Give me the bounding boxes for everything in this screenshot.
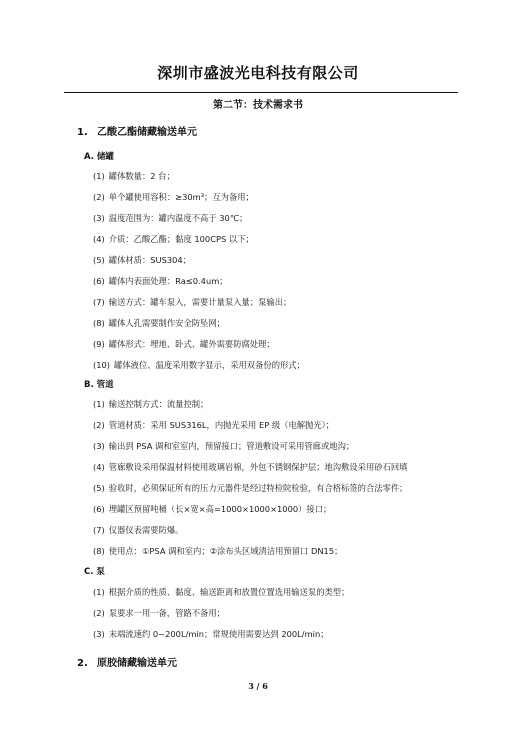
list-item: (1)根据介质的性质、黏度、输送距离和放置位置选用输送泵的类型； [93,586,349,598]
section-heading-2: 2.原胶储藏输送单元 [77,654,177,669]
list-item: (1)罐体数量：2 台； [93,170,175,182]
list-item: (2)泵要求一用一备，管路不备用； [93,607,225,619]
subsection-heading-a: A. 储罐 [84,150,114,162]
section-heading-1: 1.乙酸乙酯储藏输送单元 [77,123,197,138]
list-item: (10)罐体液位、温度采用数字显示，采用双备份的形式； [93,359,305,371]
subsection-heading-c: C. 泵 [84,565,105,577]
section-title: 第二节：技术需求书 [0,96,516,111]
list-item: (9)罐体形式：埋地、卧式、罐外需要防腐处理； [93,338,275,350]
list-item: (4)管廊敷设采用保温材料使用玻璃岩棉，外包不锈钢保护层；地沟敷设采用砂石回填 [93,461,407,473]
company-name: 深圳市盛波光电科技有限公司 [0,62,516,83]
list-item: (3)输出到 PSA 调和室室内，预留接口；管道敷设可采用管廊或地沟； [93,440,354,452]
list-item: (2)管道材质：采用 SUS316L，内抛光采用 EP 级（电解抛光）； [93,419,334,431]
list-item: (4)介质：乙酸乙酯；黏度 100CPS 以下； [93,233,254,245]
list-item: (5)罐体材质：SUS304； [93,254,191,266]
section-heading-text: 原胶储藏输送单元 [97,658,177,669]
list-item: (5)验收时，必须保证所有的压力元器件是经过特检院检验，有合格标签的合法零件； [93,482,407,494]
list-item: (3)温度范围为：罐内温度不高于 30℃； [93,212,247,224]
section-number: 1. [77,127,97,138]
list-item: (8)使用点：①PSA 调和室内；②涂布头区域清洁用预留口 DN15； [93,545,342,557]
document-page: 深圳市盛波光电科技有限公司 第二节：技术需求书 1.乙酸乙酯储藏输送单元 A. … [0,0,516,734]
page-indicator: 3 / 6 [0,681,516,691]
list-item: (7)仪器仪表需要防爆。 [93,524,183,536]
subsection-heading-b: B. 管道 [84,378,114,390]
list-item: (3)末端流速约 0~200L/min；常规使用需要达到 200L/min； [93,628,329,640]
list-item: (7)输送方式：罐车泵入，需要计量泵入量；泵输出； [93,296,291,308]
section-heading-text: 乙酸乙酯储藏输送单元 [97,127,197,138]
list-item: (6)埋罐区预留吨桶（长×宽×高=1000×1000×1000）接口； [93,503,331,515]
section-number: 2. [77,658,97,669]
list-item: (6)罐体内表面处理：Ra≤0.4um； [93,275,228,287]
header-rule [64,92,458,93]
list-item: (1)输送控制方式：流量控制； [93,398,208,410]
list-item: (2)单个罐使用容积：≥30m³；互为备用； [93,191,254,203]
list-item: (8)罐体人孔需要制作安全防坠网； [93,317,225,329]
